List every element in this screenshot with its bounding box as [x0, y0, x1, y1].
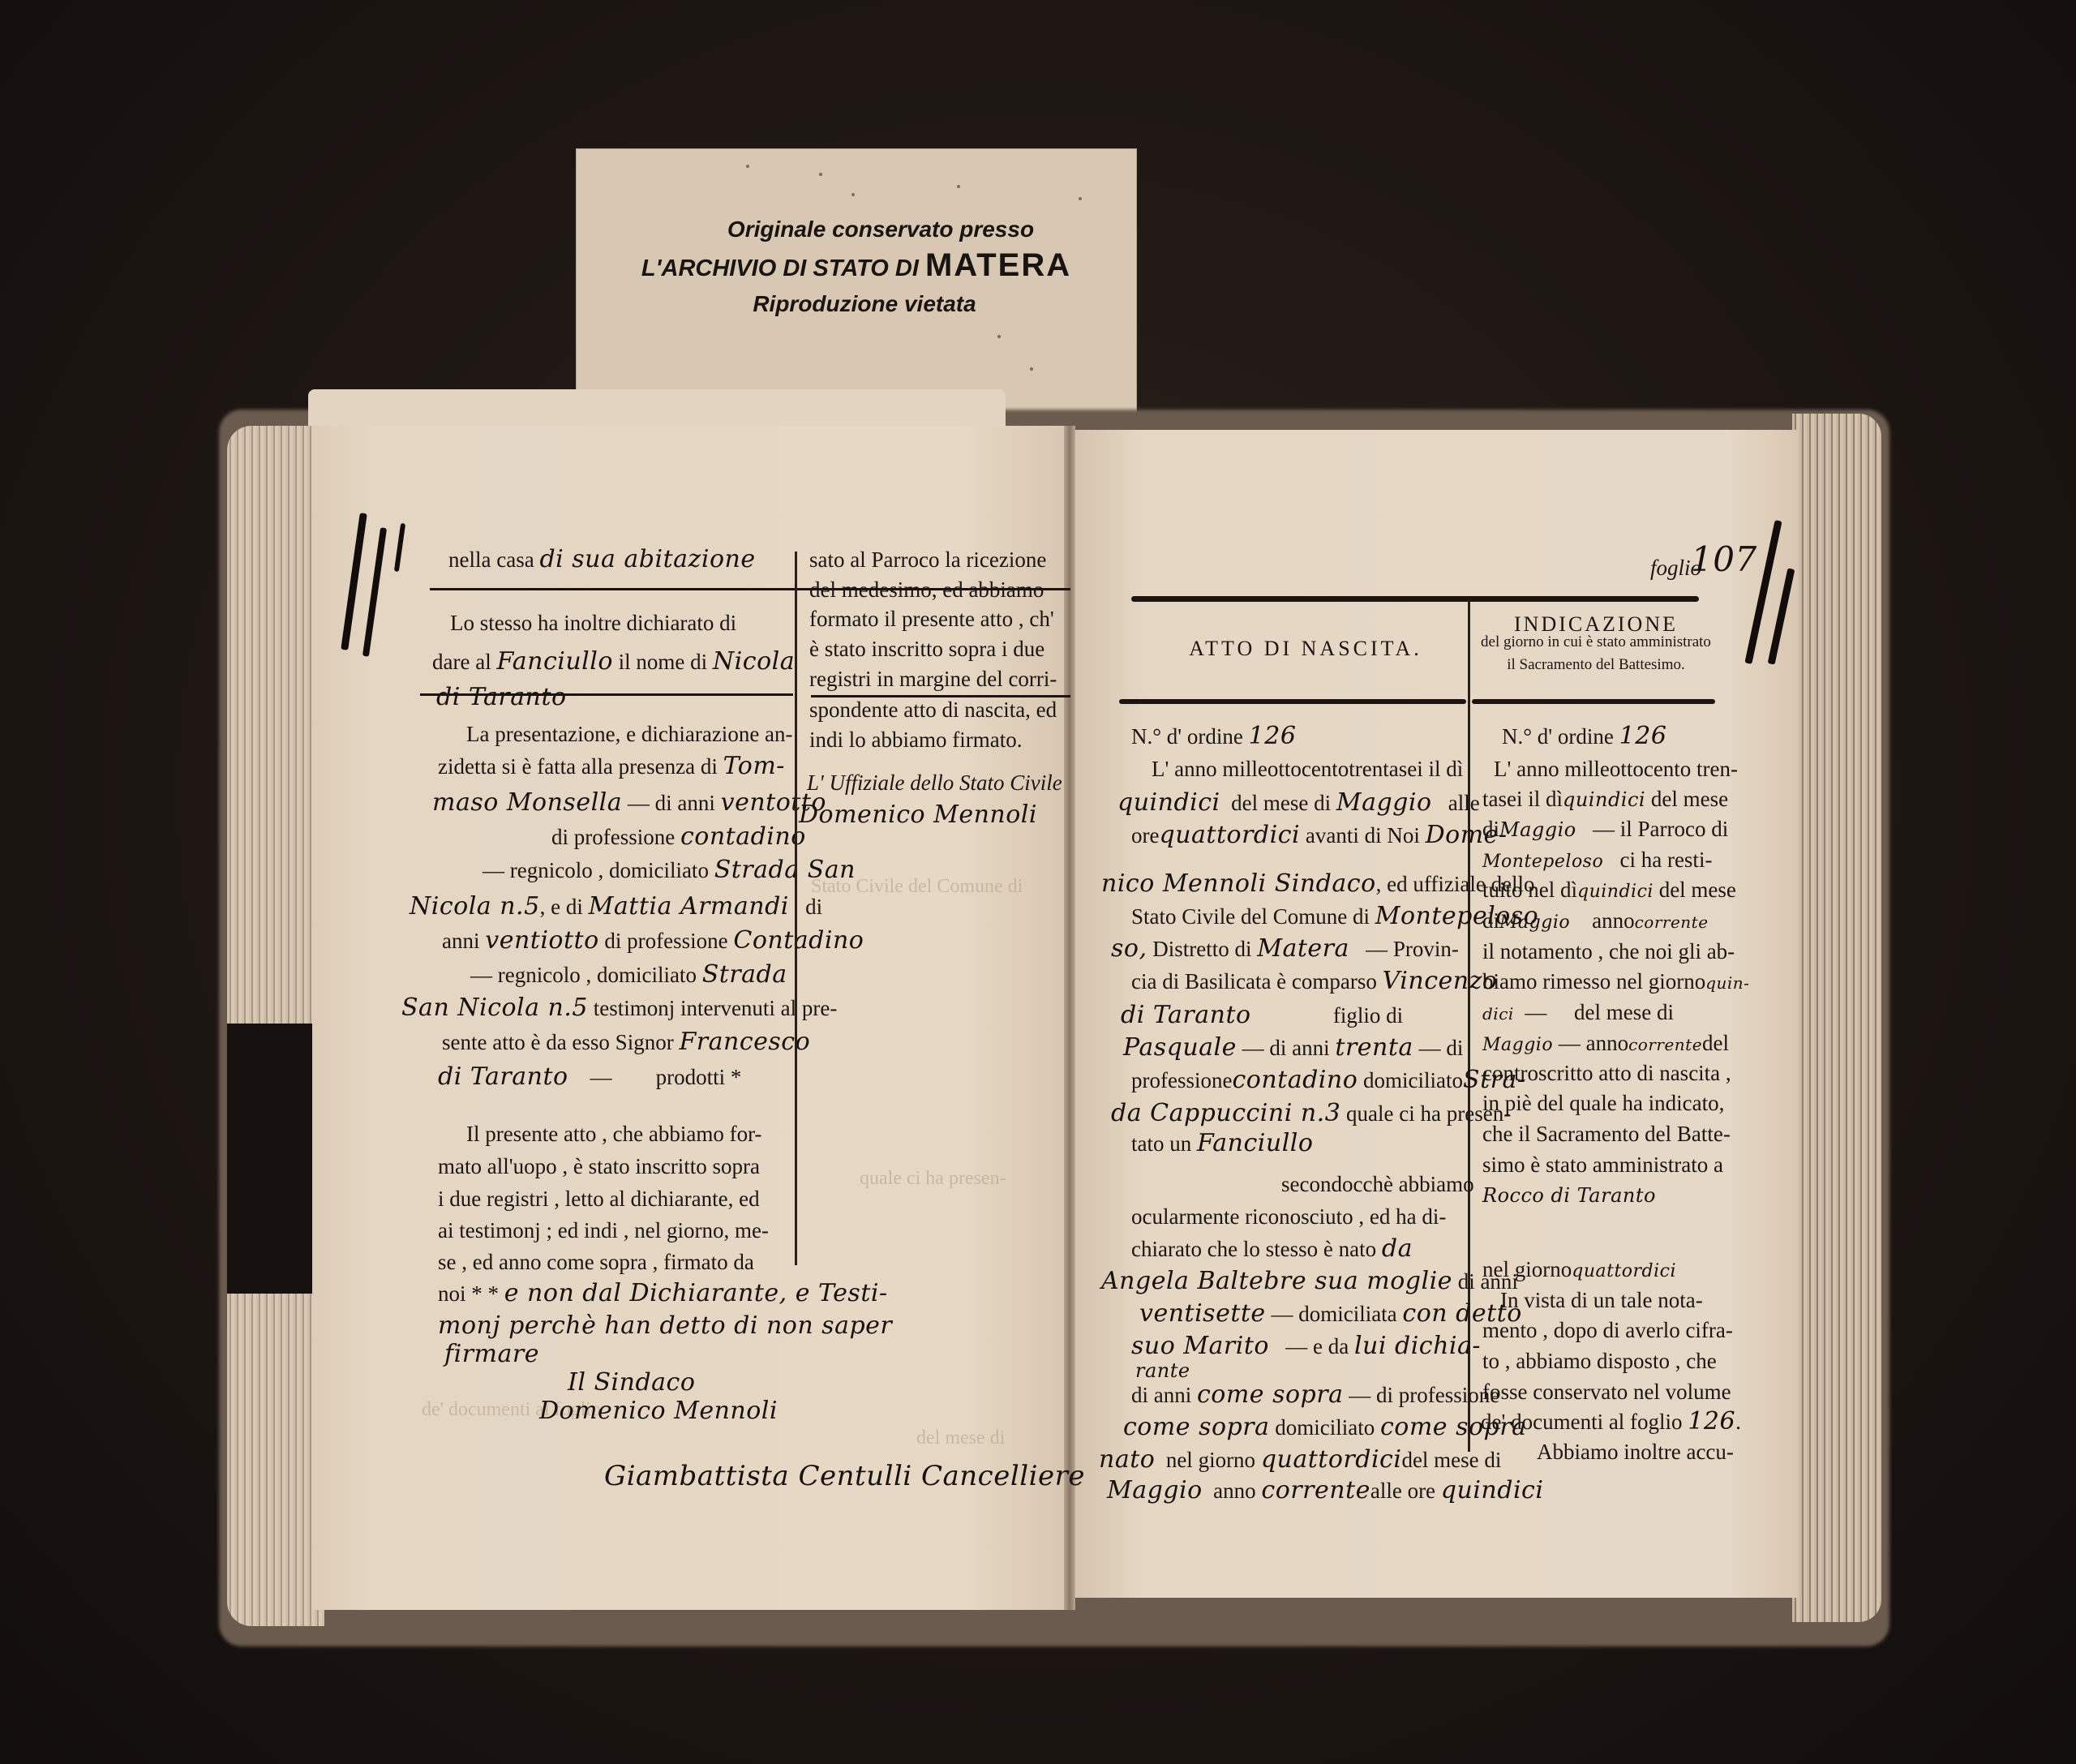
header-rule-bottom: [1119, 699, 1466, 704]
presentazione-line: di Taranto — prodotti *: [438, 1053, 741, 1101]
presente-line: firmare: [444, 1330, 539, 1379]
label-archive-city: MATERA: [925, 247, 1071, 283]
archive-label-text: Originale conservato presso L'ARCHIVIO D…: [576, 212, 1137, 322]
book-edge-right: [1792, 414, 1881, 1622]
bleed-through-text: del mese di: [916, 1427, 1005, 1449]
indicazione-subtitle: il Sacramento del Battesimo.: [1474, 653, 1718, 677]
foglio-number: 107: [1691, 535, 1757, 588]
black-bookmark-tab: [227, 1024, 312, 1294]
col2-line: indi lo abbiamo firmato.: [809, 715, 1022, 764]
rule: [420, 693, 793, 696]
sindaco-signature: Domenico Mennoli: [539, 1387, 778, 1436]
left-top-line: nella casa di sua abitazione: [448, 535, 756, 584]
atto-di-nascita-title: ATTO DI NASCITA.: [1135, 624, 1476, 673]
label-archive-prefix: L'ARCHIVIO DI STATO DI: [641, 255, 925, 281]
handwritten-entry: di sua abitazione: [539, 545, 755, 573]
archive-label-card: Originale conservato presso L'ARCHIVIO D…: [576, 148, 1137, 428]
indicazione-line: Rocco di Taranto: [1482, 1170, 1656, 1220]
bleed-through-text: quale ci ha presen-: [860, 1168, 1006, 1190]
cancelliere-signature: Giambattista Centulli Cancelliere: [604, 1452, 1085, 1502]
indicazione-subtitle: del giorno in cui è stato amministrato: [1474, 630, 1718, 655]
atto-line: orequattordici avanti di Noi Dome-: [1131, 811, 1508, 860]
indicazione-line: Abbiamo inoltre accu-: [1537, 1427, 1734, 1476]
label-line-archive: L'ARCHIVIO DI STATO DI MATERA: [576, 247, 1137, 286]
label-line-original: Originale conservato presso: [576, 212, 1137, 247]
header-rule-bottom: [1472, 699, 1715, 704]
atto-line: Maggio anno correntealle ore quindici: [1107, 1466, 1543, 1515]
book-spine-gutter: [1064, 426, 1075, 1610]
column-divider: [795, 552, 797, 1265]
officer-signature: Domenico Mennoli: [799, 791, 1037, 839]
label-line-reproduction: Riproduzione vietata: [576, 286, 1137, 322]
